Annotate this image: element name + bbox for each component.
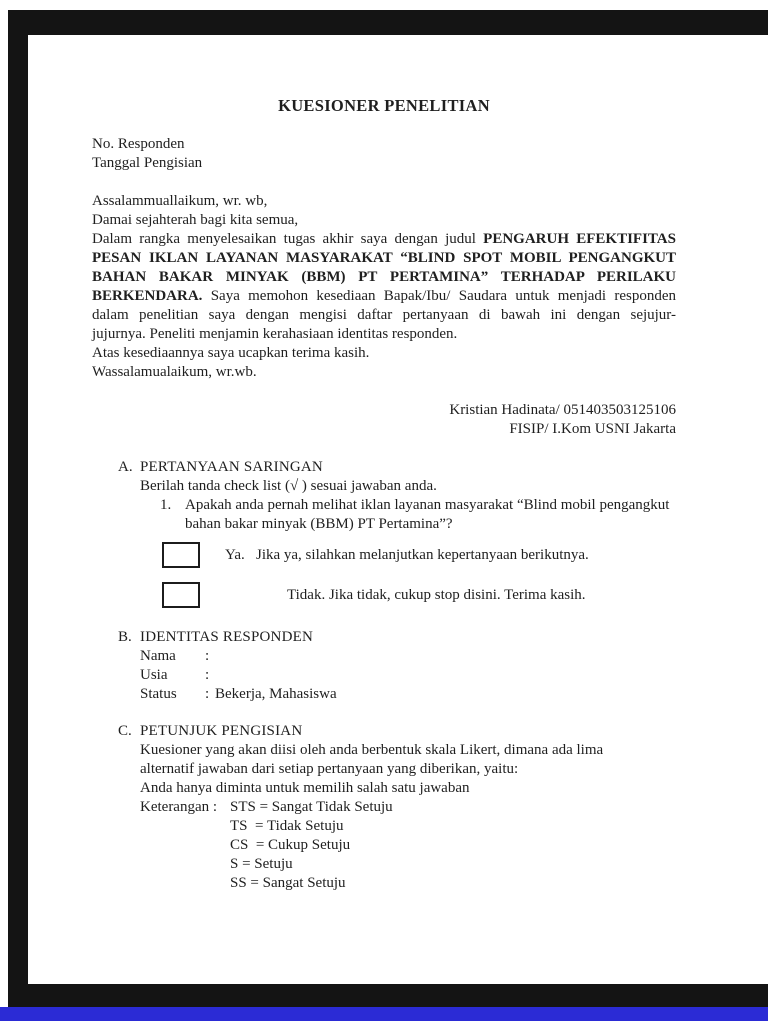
option-no-row: Tidak. Jika tidak, cukup stop disini. Te… [162, 582, 676, 608]
option-no-label: Tidak. Jika tidak, cukup stop disini. Te… [287, 586, 586, 605]
option-yes-row: Ya. Jika ya, silahkan melanjutkan kepert… [162, 542, 676, 568]
keterangan-label: Keterangan : [140, 798, 230, 817]
section-a-instruction: Berilah tanda check list (√ ) sesuai jaw… [140, 477, 676, 496]
scale-item-ts: TS = Tidak Setuju [230, 817, 676, 836]
field-status-value: Bekerja, Mahasiswa [215, 685, 337, 704]
field-usia-row: Usia : [140, 666, 676, 685]
intro-line-3-bold: BAHAN BAKAR MINYAK (BBM) PT PERTAMINA” T… [92, 268, 676, 287]
intro-line-1-regular: Dalam rangka menyelesaikan tugas akhir s… [92, 231, 483, 247]
scale-item-sts: STS = Sangat Tidak Setuju [230, 798, 393, 817]
field-usia-label: Usia [140, 666, 205, 685]
document-title: KUESIONER PENELITIAN [92, 96, 676, 115]
field-status-colon: : [205, 685, 215, 704]
greeting-line: Damai sejahterah bagi kita semua, [92, 211, 676, 230]
keterangan-row: Keterangan : STS = Sangat Tidak Setuju [140, 798, 676, 817]
section-c-body-line2: alternatif jawaban dari setiap pertanyaa… [140, 760, 676, 779]
scale-item-s: S = Setuju [230, 855, 676, 874]
section-c-title: PETUNJUK PENGISIAN [140, 722, 302, 741]
scale-item-cs: CS = Cukup Setuju [230, 836, 676, 855]
section-a-label: A. [118, 458, 140, 477]
field-nama-label: Nama [140, 647, 205, 666]
section-c-heading: C. PETUNJUK PENGISIAN [118, 722, 676, 741]
section-b-heading: B. IDENTITAS RESPONDEN [118, 628, 676, 647]
intro-line-4-regular: Saya memohon kesediaan Bapak/Ibu/ Saudar… [202, 288, 676, 304]
intro-line-6: jujurnya. Peneliti menjamin kerahasiaan … [92, 325, 676, 344]
signoff-line: Wassalamualaikum, wr.wb. [92, 363, 676, 382]
section-c-body-line3: Anda hanya diminta untuk memilih salah s… [140, 779, 676, 798]
section-a-heading: A. PERTANYAAN SARINGAN [118, 458, 676, 477]
scale-item-ss: SS = Sangat Setuju [230, 874, 676, 893]
question-1-text-line1: Apakah anda pernah melihat iklan layanan… [185, 496, 669, 515]
field-nama-row: Nama : [140, 647, 676, 666]
intro-line-4: BERKENDARA. Saya memohon kesediaan Bapak… [92, 287, 676, 306]
checkbox-no[interactable] [162, 582, 200, 608]
section-b-title: IDENTITAS RESPONDEN [140, 628, 313, 647]
intro-line-1-bold: PENGARUH EFEKTIFITAS [483, 231, 676, 247]
closing-line: Atas kesediaannya saya ucapkan terima ka… [92, 344, 676, 363]
field-status-label: Status [140, 685, 205, 704]
field-status-row: Status : Bekerja, Mahasiswa [140, 685, 676, 704]
field-usia-colon: : [205, 666, 215, 685]
option-yes-label: Ya. Jika ya, silahkan melanjutkan kepert… [225, 546, 589, 565]
section-c-label: C. [118, 722, 140, 741]
salutation-line: Assalammuallaikum, wr. wb, [92, 192, 676, 211]
scanned-document-page: KUESIONER PENELITIAN No. Responden Tangg… [0, 0, 768, 1024]
fill-date-label: Tanggal Pengisian [92, 154, 676, 173]
question-1: 1. Apakah anda pernah melihat iklan laya… [160, 496, 676, 515]
page-content: KUESIONER PENELITIAN No. Responden Tangg… [0, 0, 768, 1024]
question-1-text-line2: bahan bakar minyak (BBM) PT Pertamina”? [185, 515, 676, 534]
intro-line-4-bold: BERKENDARA. [92, 288, 202, 304]
intro-line-1: Dalam rangka menyelesaikan tugas akhir s… [92, 230, 676, 249]
checkbox-yes[interactable] [162, 542, 200, 568]
section-a-title: PERTANYAAN SARINGAN [140, 458, 323, 477]
field-nama-colon: : [205, 647, 215, 666]
signature-faculty: FISIP/ I.Kom USNI Jakarta [92, 420, 676, 439]
question-1-number: 1. [160, 496, 185, 515]
section-c-body-line1: Kuesioner yang akan diisi oleh anda berb… [140, 741, 676, 760]
intro-line-2-bold: PESAN IKLAN LAYANAN MASYARAKAT “BLIND SP… [92, 249, 676, 268]
responden-number-label: No. Responden [92, 135, 676, 154]
signature-name: Kristian Hadinata/ 051403503125106 [92, 401, 676, 420]
section-b-label: B. [118, 628, 140, 647]
intro-line-5: dalam penelitian saya dengan mengisi daf… [92, 306, 676, 325]
